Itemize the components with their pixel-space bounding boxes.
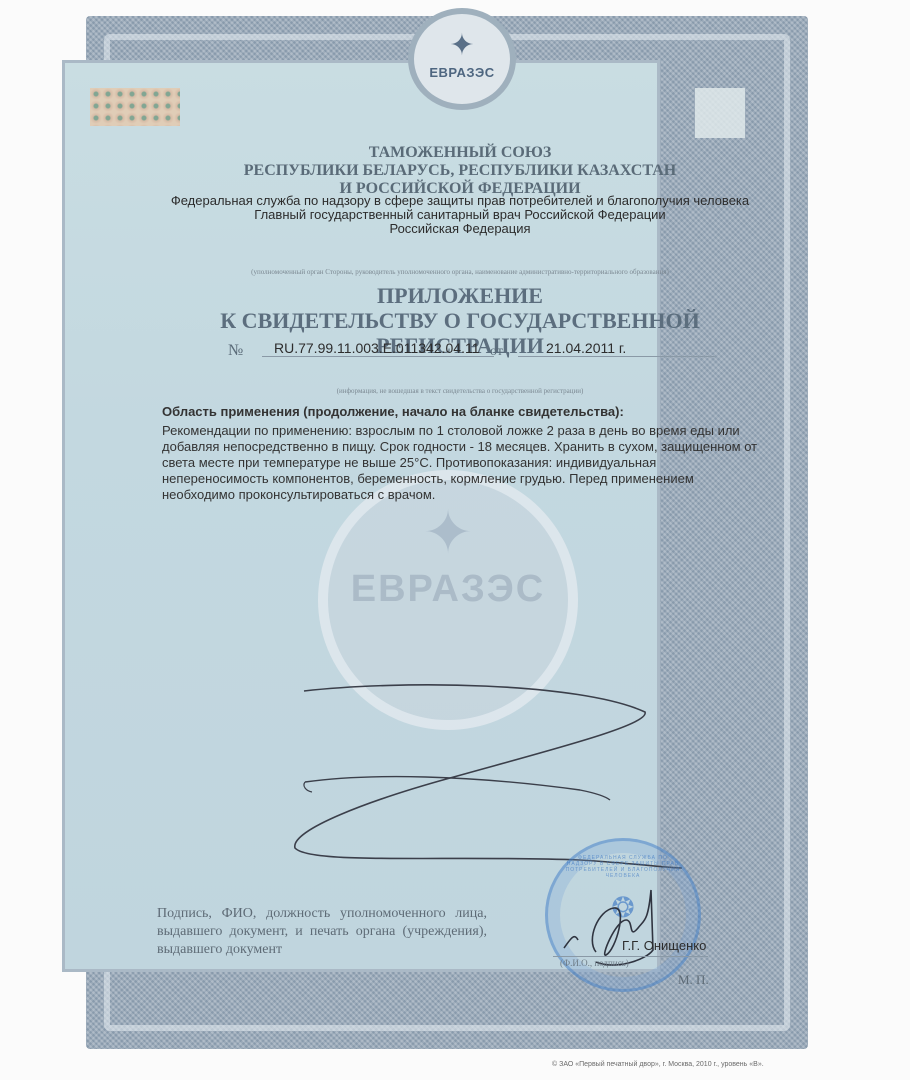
registration-line: № RU.77.99.11.003.E.011342.04.11 от 21.0… [228,340,688,360]
union-line: ТАМОЖЕННЫЙ СОЮЗ [150,144,770,162]
signature-line [553,956,708,957]
stamp-text: ФЕДЕРАЛЬНАЯ СЛУЖБА ПО НАДЗОРУ В СФЕРЕ ЗА… [548,855,698,879]
customs-union-heading: ТАМОЖЕННЫЙ СОЮЗ РЕСПУБЛИКИ БЕЛАРУСЬ, РЕС… [150,144,770,198]
registration-date: 21.04.2011 г. [518,340,716,357]
printer-footer: © ЗАО «Первый печатный двор», г. Москва,… [552,1061,764,1068]
authority-line: Федеральная служба по надзору в сфере за… [150,194,770,208]
scope-text: Рекомендации по применению: взрослым по … [162,423,762,503]
blank-security-area [695,88,745,138]
eurasec-logo-icon: ✦ [414,28,510,64]
signatory-name: Г.Г. Онищенко [622,938,706,953]
authority-caption: (уполномоченный орган Стороны, руководит… [150,268,770,276]
registration-number: RU.77.99.11.003.E.011342.04.11 [262,340,494,357]
authority-line: Российская Федерация [150,222,770,236]
registration-caption: (информация, не вошедшая в текст свидете… [150,387,770,395]
eurasec-emblem: ✦ ЕВРАЗЭС [408,8,516,110]
title-line-1: ПРИЛОЖЕНИЕ [150,283,770,308]
scope-section: Область применения (продолжение, начало … [162,404,762,503]
union-line: РЕСПУБЛИКИ БЕЛАРУСЬ, РЕСПУБЛИКИ КАЗАХСТА… [150,162,770,180]
authority-line: Главный государственный санитарный врач … [150,208,770,222]
watermark-label: ЕВРАЗЭС [328,568,568,611]
authority-block: Федеральная служба по надзору в сфере за… [150,194,770,236]
fio-caption: (Ф.И.О., подпись) [560,958,629,968]
hologram-sticker [90,88,180,126]
watermark-logo-icon: ✦ [328,498,568,568]
emblem-label: ЕВРАЗЭС [429,65,494,80]
date-label: от [490,344,503,360]
scope-heading: Область применения (продолжение, начало … [162,404,762,420]
seal-label: М. П. [678,972,709,988]
number-label: № [228,342,243,360]
signature-caption: Подпись, ФИО, должность уполномоченного … [157,905,487,959]
